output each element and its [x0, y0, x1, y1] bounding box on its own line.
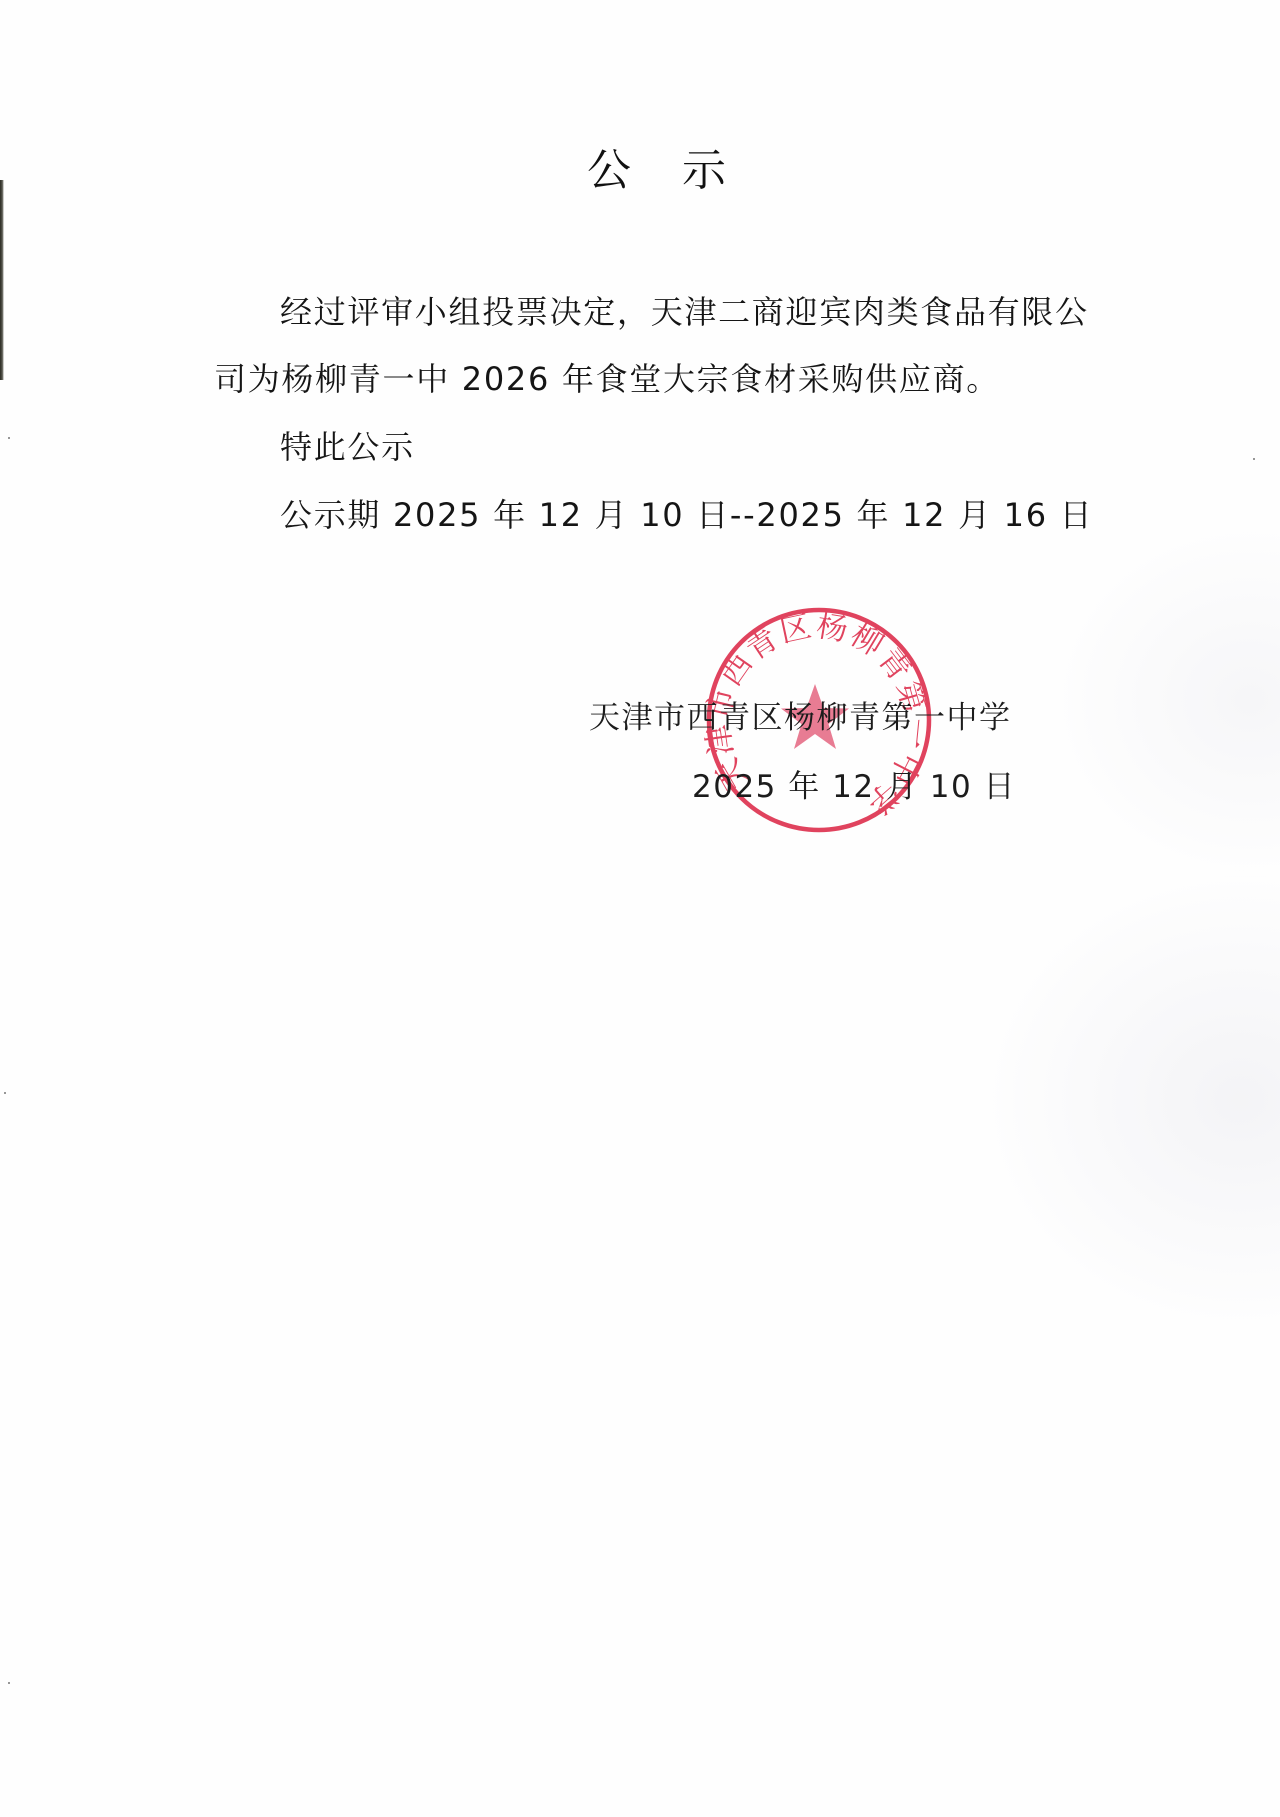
scan-speck	[4, 1092, 6, 1094]
paragraph-line-1: 经过评审小组投票决定，天津二商迎宾肉类食品有限公	[280, 292, 1089, 332]
scan-speck	[8, 437, 10, 439]
scan-speck	[1253, 458, 1255, 460]
document-title: 公示	[587, 146, 777, 196]
signature-organization: 天津市西青区杨柳青第一中学	[589, 698, 1012, 738]
notice-period: 公示期 2025 年 12 月 10 日--2025 年 12 月 16 日	[280, 495, 1093, 535]
closing-remark: 特此公示	[280, 427, 415, 467]
scan-edge-shadow	[0, 180, 4, 380]
signature-date: 2025 年 12 月 10 日	[692, 767, 1016, 807]
paragraph-line-2: 司为杨柳青一中 2026 年食堂大宗食材采购供应商。	[214, 359, 1000, 399]
scan-speck	[8, 1682, 10, 1684]
scanned-page: 公示 经过评审小组投票决定，天津二商迎宾肉类食品有限公 司为杨柳青一中 2026…	[0, 0, 1280, 1817]
